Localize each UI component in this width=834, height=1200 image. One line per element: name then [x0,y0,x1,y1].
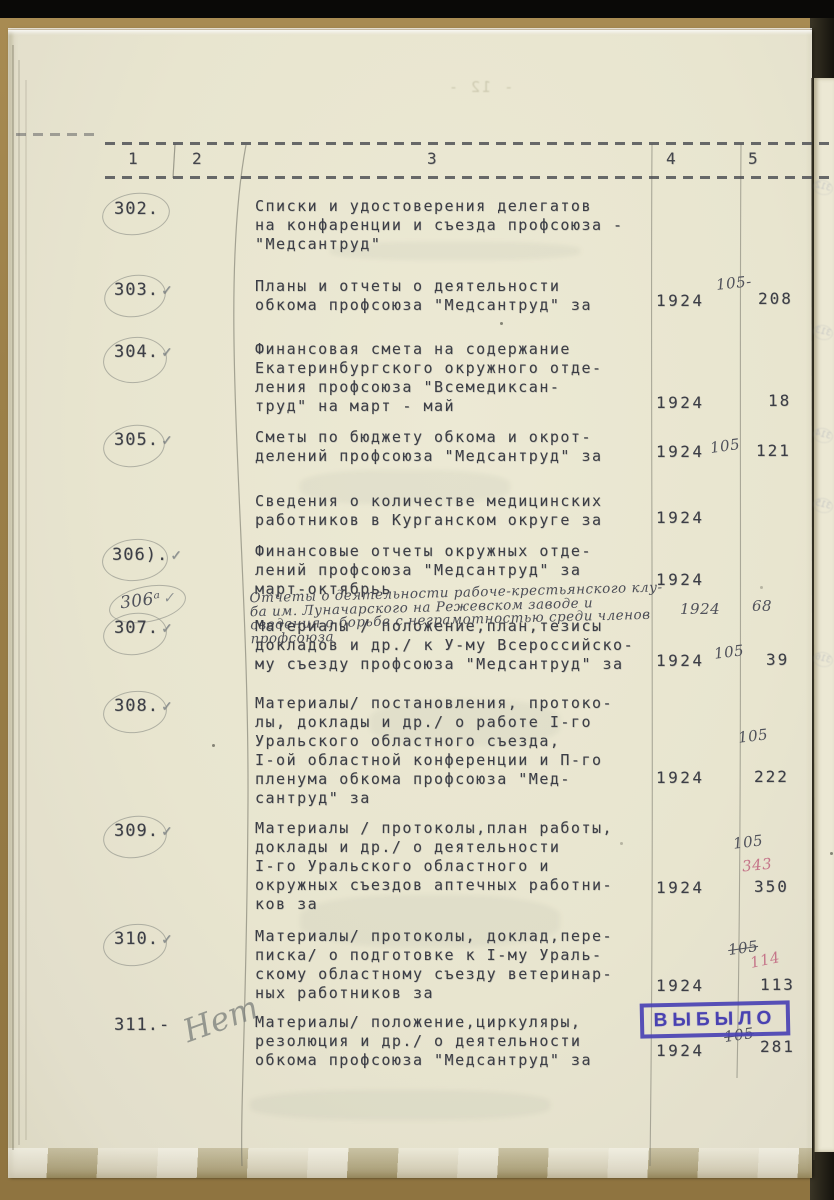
entry-number: 309.✓ [114,821,174,841]
ghost-page-number: - 12 - [447,78,513,96]
entry-text: Сметы по бюджету обкома и окрот- делений… [255,428,665,466]
dust-speck [830,852,833,855]
entry-number-handwritten: 306ᵃ✓ [119,587,176,614]
entry-year: 1924 [656,768,705,787]
entry-year: 1924 [656,291,705,310]
column-header-2: 2 [192,149,203,168]
entry-pages: 39 [766,650,789,669]
entry-number: 308.✓ [114,696,174,716]
entry-text: Сведения о количестве медицинских работн… [255,492,665,530]
entry-number: 306).✓ [112,545,183,565]
entry-text: Списки и удостоверения делегатов на конф… [255,197,665,254]
entry-text: Материалы/ постановления, протоко- лы, д… [255,694,675,808]
entry-pages: 113 [760,975,795,994]
handwritten-year: 1924 [680,600,720,618]
entry-pages: 208 [758,289,793,308]
column-header-4: 4 [666,149,677,168]
scanned-archive-page: - 12 - 1 2 3 4 5 302. Списки и удостовер… [0,0,834,1200]
entry-year: 1924 [656,442,705,461]
handwritten-pages: 68 [752,597,772,615]
entry-year: 1924 [656,508,705,527]
entry-pages: 18 [768,391,791,410]
column-header-3: 3 [427,149,438,168]
entry-text: Материалы / протоколы,план работы, докла… [255,819,675,914]
handwritten-note: 105- [715,272,752,294]
entry-number: 310.✓ [114,929,174,949]
entry-year: 1924 [656,878,705,897]
entry-number: 305.✓ [114,430,174,450]
entry-pages: 350 [754,877,789,896]
vybylo-stamp: ВЫБЫЛО [640,1000,791,1038]
entry-number: 311.- [114,1015,170,1035]
handwritten-note: 105 [713,641,745,663]
entry-pages: 281 [760,1037,795,1056]
entry-year: 1924 [656,976,705,995]
entry-number: 303.✓ [114,280,174,300]
entry-pages: 121 [756,441,791,460]
entry-text: Материалы/ протоколы, доклад,пере- писка… [255,927,675,1003]
dust-speck [212,744,215,747]
header-rule-bottom [105,176,830,179]
dash-fragment [16,133,100,136]
entry-text: Материалы/ положение,циркуляры, резолюци… [255,1013,675,1070]
entry-year: 1924 [656,651,705,670]
header-rule-top [105,142,830,145]
entry-number: 304.✓ [114,342,174,362]
handwritten-note: 105 [732,831,764,853]
dust-speck [500,322,503,325]
column-header-1: 1 [128,149,139,168]
dust-speck [760,586,763,589]
entry-text: Финансовая смета на содержание Екатеринб… [255,340,665,416]
handwritten-note-pink: 343 [741,854,773,875]
entry-text: Планы и отчеты о деятельности обкома про… [255,277,665,315]
entry-year: 1924 [656,1041,705,1060]
entry-year: 1924 [656,393,705,412]
column-header-5: 5 [748,149,759,168]
entry-text: Материалы / положение,план,тезисы доклад… [255,617,675,674]
handwritten-note: 105 [737,725,769,747]
entry-number: 302. [114,199,161,219]
bleed-through-smudge [250,1090,550,1120]
entry-number: 307.✓ [114,618,174,638]
dust-speck [620,842,623,845]
entry-pages: 222 [754,767,789,786]
